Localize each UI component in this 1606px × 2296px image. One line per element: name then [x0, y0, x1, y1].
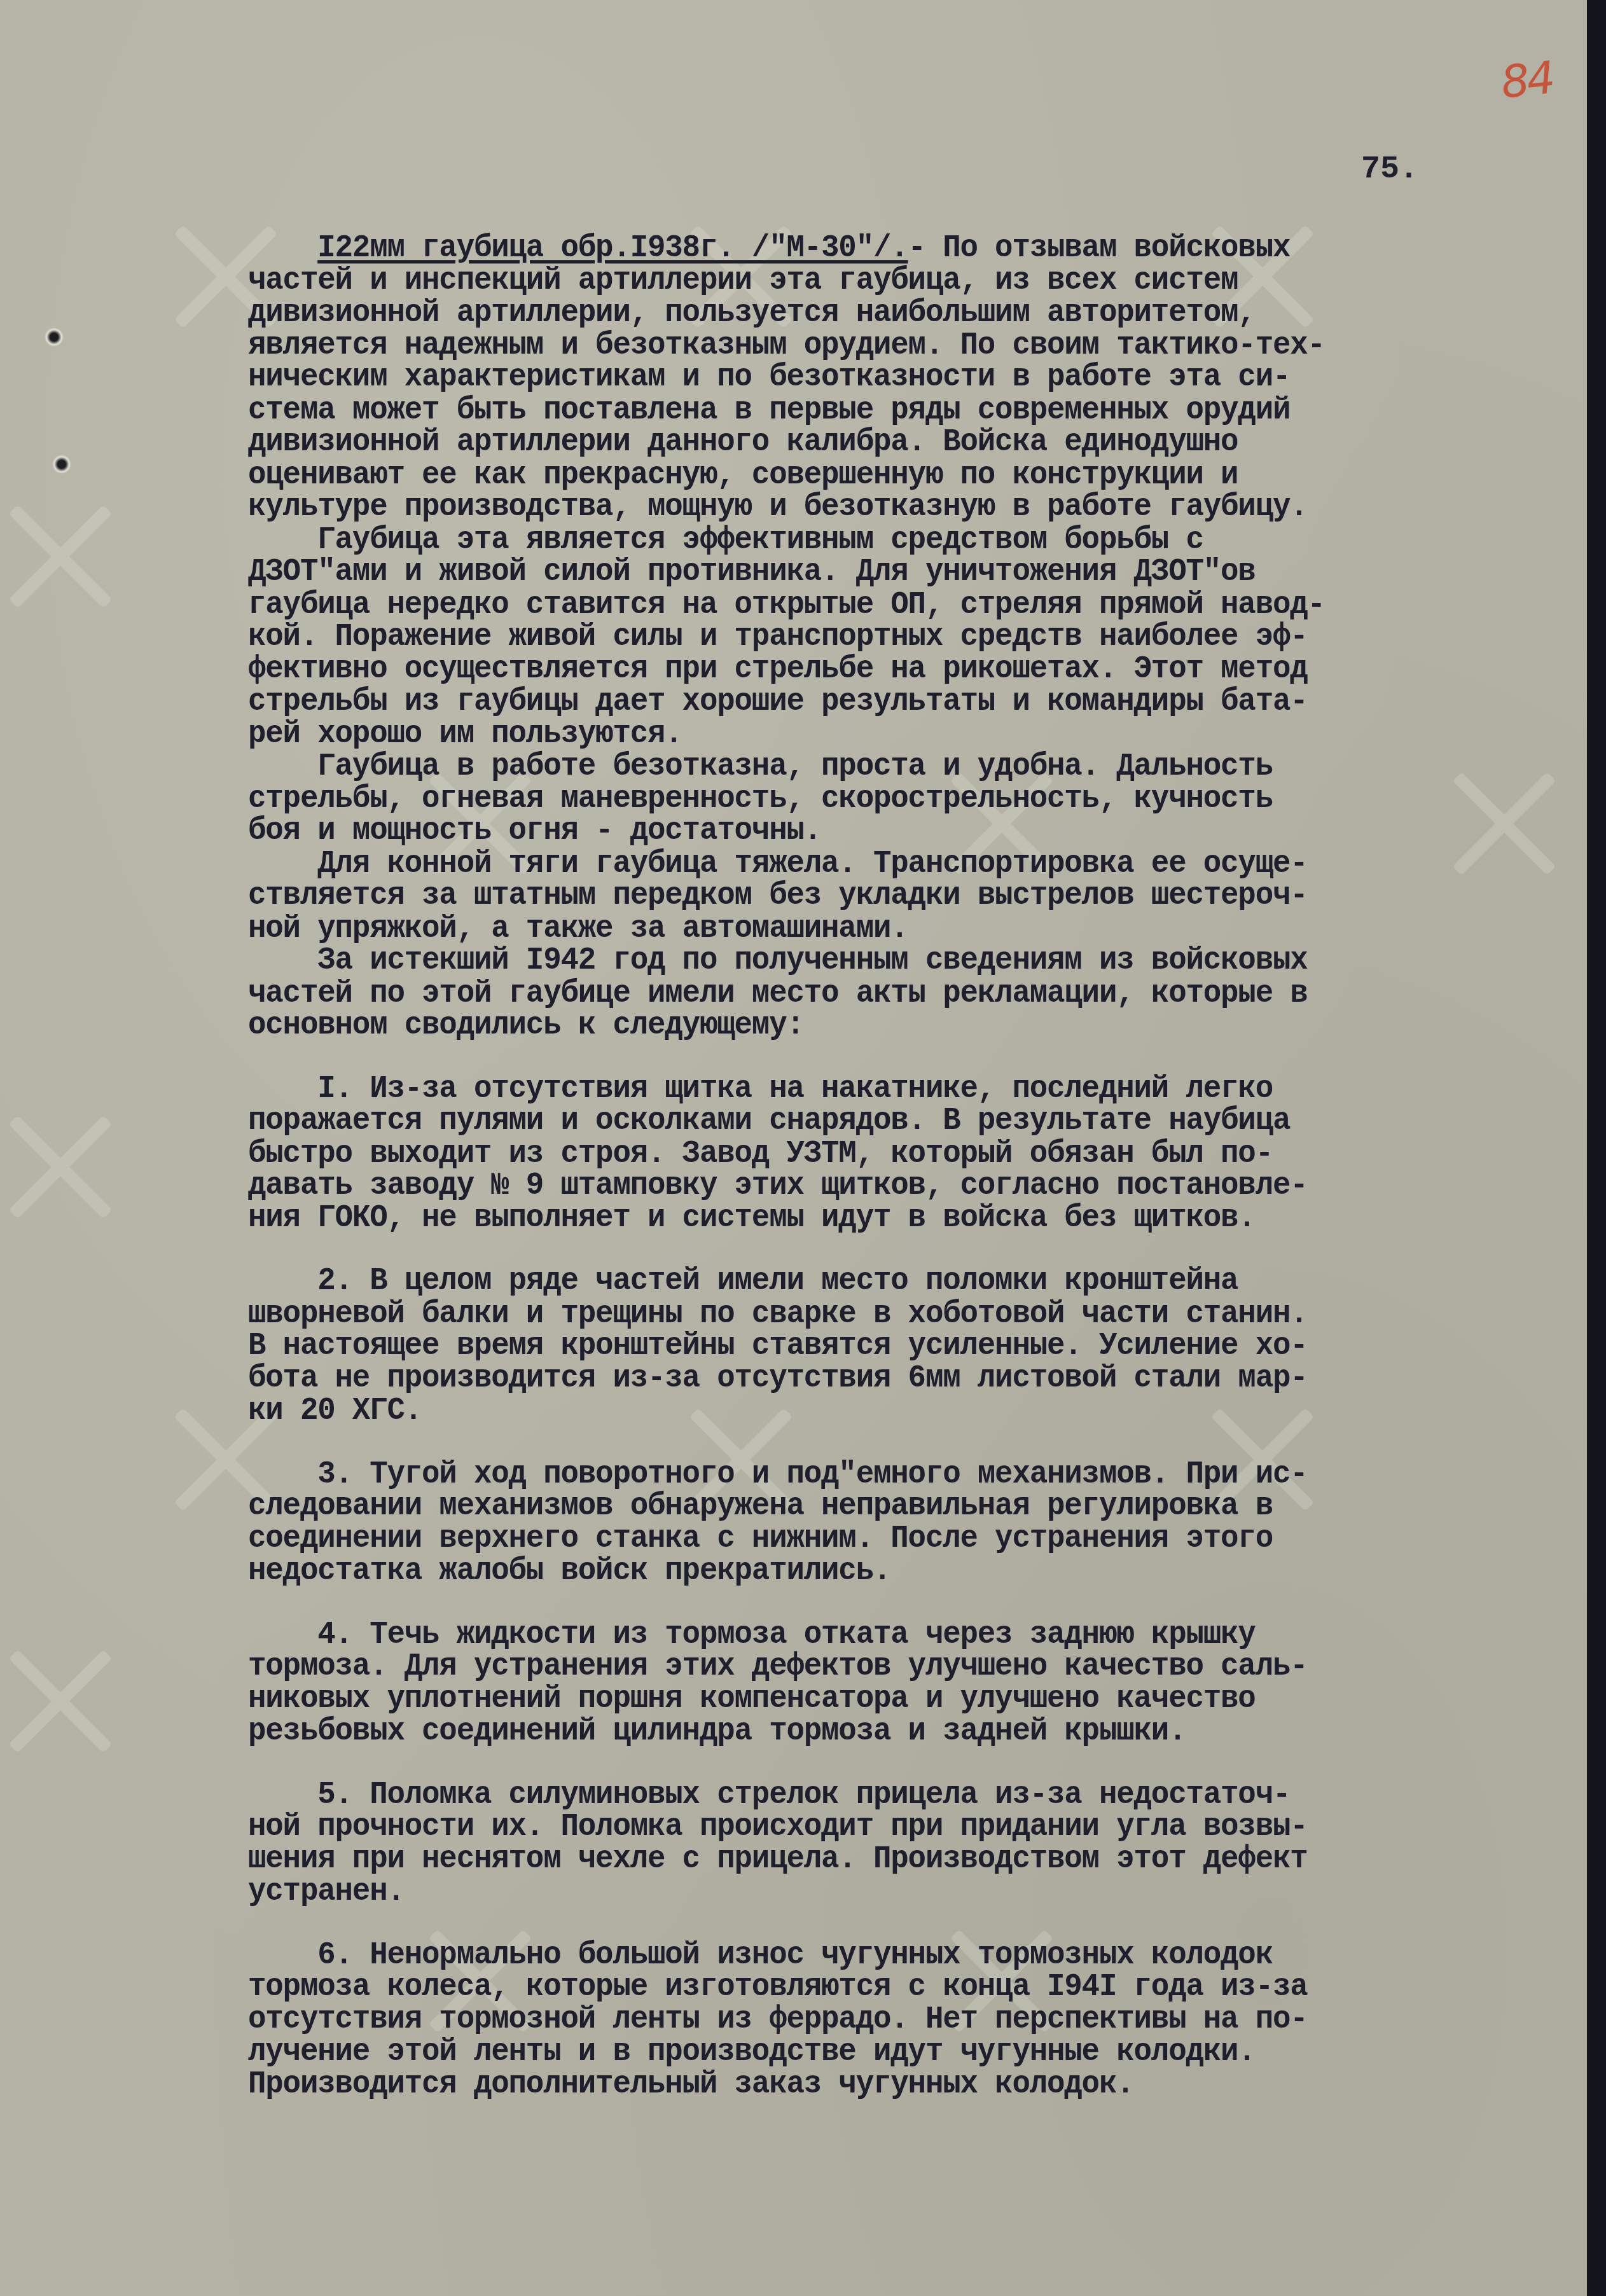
defect-line: Производится дополнительный заказ чугунн…	[248, 2068, 1571, 2101]
paragraph-transport: Для конной тяги гаубица тяжела. Транспор…	[248, 848, 1571, 945]
paragraph-line: Гаубица в работе безотказна, проста и уд…	[248, 750, 1571, 783]
defect-line: соединении верхнего станка с нижним. Пос…	[248, 1523, 1571, 1555]
paragraph-line: гаубица нередко ставится на открытые ОП,…	[248, 588, 1571, 621]
defect-item-2: 2. В целом ряде частей имели место полом…	[248, 1265, 1571, 1427]
intro-line: оценивают ее как прекрасную, совершенную…	[248, 459, 1571, 491]
paragraph-reliability: Гаубица в работе безотказна, проста и уд…	[248, 750, 1571, 848]
defect-item-3: 3. Тугой ход поворотного и под"емного ме…	[248, 1458, 1571, 1587]
intro-line: стема может быть поставлена в первые ряд…	[248, 394, 1571, 427]
heading-tail: - По отзывам войсковых	[908, 230, 1291, 266]
paragraph-line: ДЗОТ"ами и живой силой противника. Для у…	[248, 556, 1571, 588]
defect-line: тормоза. Для устранения этих дефектов ул…	[248, 1650, 1571, 1683]
paragraph-line: боя и мощность огня - достаточны.	[248, 815, 1571, 848]
section-heading: I22мм гаубица обр.I938г. /"М-30"/.	[317, 230, 908, 266]
paragraph-effectiveness: Гаубица эта является эффективным средств…	[248, 523, 1571, 750]
defect-line: 5. Поломка силуминовых стрелок прицела и…	[248, 1778, 1571, 1811]
defect-line: недостатка жалобы войск прекратились.	[248, 1555, 1571, 1587]
defect-line: давать заводу № 9 штамповку этих щитков,…	[248, 1170, 1571, 1202]
watermark-crossed-cannons-icon	[0, 1094, 134, 1240]
paragraph-line: рей хорошо им пользуются.	[248, 718, 1571, 750]
intro-line: дивизионной артиллерии, пользуется наибо…	[248, 297, 1571, 329]
paragraph-line: основном сводились к следующему:	[248, 1009, 1571, 1042]
defect-line: поражается пулями и осколками снарядов. …	[248, 1105, 1571, 1137]
watermark-crossed-cannons-icon	[0, 1628, 134, 1774]
intro-line: дивизионной артиллерии данного калибра. …	[248, 427, 1571, 459]
paragraph-line: За истекший I942 год по полученным сведе…	[248, 944, 1571, 977]
intro-line: культуре производства, мощную и безотказ…	[248, 491, 1571, 523]
document-page: 84 75. I22мм гаубица обр.I938г. /"М-30"/…	[0, 0, 1587, 2296]
document-body: I22мм гаубица обр.I938г. /"М-30"/.- По о…	[248, 232, 1571, 2101]
defect-line: лучение этой ленты и в производстве идут…	[248, 2036, 1571, 2068]
archive-sheet-number: 84	[1499, 52, 1555, 109]
watermark-crossed-cannons-icon	[0, 483, 134, 630]
defect-line: ния ГОКО, не выполняет и системы идут в …	[248, 1202, 1571, 1234]
defect-line: I. Из-за отсутствия щитка на накатнике, …	[248, 1072, 1571, 1105]
defect-line: следовании механизмов обнаружена неправи…	[248, 1490, 1571, 1523]
paragraph-line: ствляется за штатным передком без укладк…	[248, 880, 1571, 913]
defect-line: устранен.	[248, 1876, 1571, 1908]
paragraph-line: фективно осуществляется при стрельбе на …	[248, 653, 1571, 686]
defect-line: бота не производится из-за отсутствия 6м…	[248, 1362, 1571, 1395]
paragraph-line: частей по этой гаубице имели место акты …	[248, 977, 1571, 1009]
paragraph-complaints-intro: За истекший I942 год по полученным сведе…	[248, 944, 1571, 1042]
defect-line: 4. Течь жидкости из тормоза отката через…	[248, 1618, 1571, 1650]
paragraph-line: стрельбы, огневая маневренность, скорост…	[248, 783, 1571, 815]
defect-line: резьбовых соединений цилиндра тормоза и …	[248, 1715, 1571, 1748]
defect-line: 6. Ненормально большой износ чугунных то…	[248, 1939, 1571, 1971]
punch-hole	[52, 455, 71, 474]
defect-line: никовых уплотнений поршня компенсатора и…	[248, 1683, 1571, 1715]
defect-line: 3. Тугой ход поворотного и под"емного ме…	[248, 1458, 1571, 1490]
defect-line: отсутствия тормозной ленты из феррадо. Н…	[248, 2003, 1571, 2036]
defect-line: шворневой балки и трещины по сварке в хо…	[248, 1297, 1571, 1330]
page-number: 75.	[1361, 151, 1418, 188]
defect-item-4: 4. Течь жидкости из тормоза отката через…	[248, 1618, 1571, 1748]
intro-line: является надежным и безотказным орудием.…	[248, 329, 1571, 362]
paragraph-line: Для конной тяги гаубица тяжела. Транспор…	[248, 848, 1571, 880]
intro-first-line: I22мм гаубица обр.I938г. /"М-30"/.- По о…	[248, 232, 1571, 265]
defect-item-6: 6. Ненормально большой износ чугунных то…	[248, 1939, 1571, 2101]
scan-edge	[1587, 0, 1606, 2296]
defect-item-1: I. Из-за отсутствия щитка на накатнике, …	[248, 1072, 1571, 1234]
intro-line: частей и инспекций артиллерии эта гаубиц…	[248, 265, 1571, 297]
defect-line: быстро выходит из строя. Завод УЗТМ, кот…	[248, 1137, 1571, 1170]
intro-line: ническим характеристикам и по безотказно…	[248, 362, 1571, 394]
defect-line: В настоящее время кронштейны ставятся ус…	[248, 1330, 1571, 1362]
paragraph-line: кой. Поражение живой силы и транспортных…	[248, 621, 1571, 653]
defect-line: ки 20 ХГС.	[248, 1395, 1571, 1427]
defect-item-5: 5. Поломка силуминовых стрелок прицела и…	[248, 1778, 1571, 1908]
paragraph-line: ной упряжкой, а также за автомашинами.	[248, 912, 1571, 944]
defect-line: шения при неснятом чехле с прицела. Прои…	[248, 1843, 1571, 1876]
paragraph-line: стрельбы из гаубицы дает хорошие результ…	[248, 686, 1571, 718]
defect-line: тормоза колеса, которые изготовляются с …	[248, 1971, 1571, 2003]
defect-line: 2. В целом ряде частей имели место полом…	[248, 1265, 1571, 1297]
paragraph-line: Гаубица эта является эффективным средств…	[248, 523, 1571, 556]
defect-line: ной прочности их. Поломка происходит при…	[248, 1811, 1571, 1843]
punch-hole	[45, 328, 64, 347]
